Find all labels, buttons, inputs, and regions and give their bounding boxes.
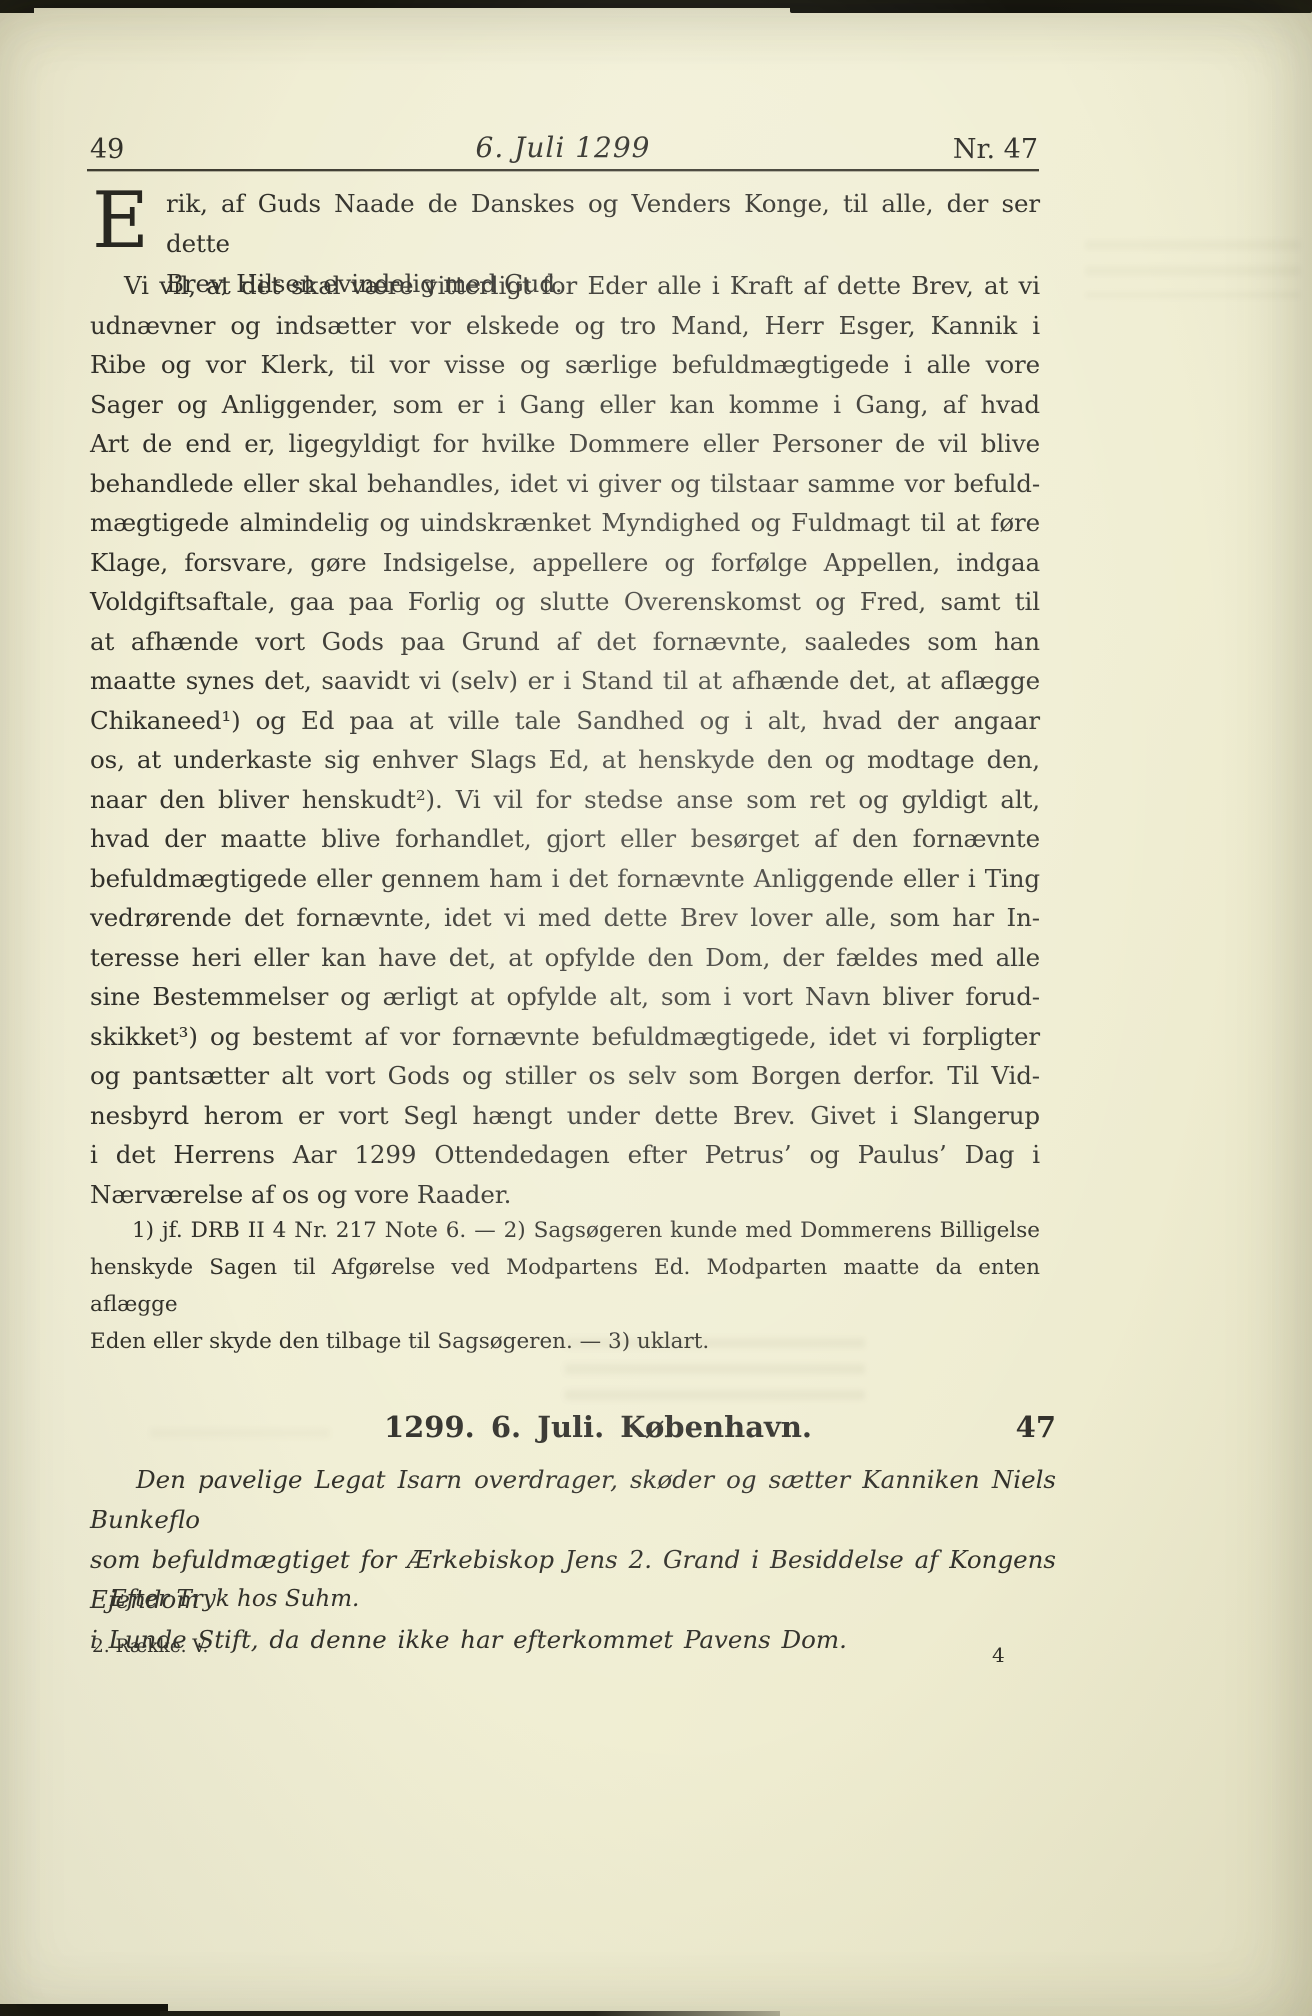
text-line: hvad der maatte blive forhandlet, gjort … xyxy=(90,819,1040,859)
text-line: Klage, forsvare, gøre Indsigelse, appell… xyxy=(90,543,1040,583)
text-line: Eden eller skyde den tilbage til Sagsøge… xyxy=(90,1323,1040,1360)
text-line: Art de end er, ligegyldigt for hvilke Do… xyxy=(90,424,1040,464)
scan-edge-bottom xyxy=(160,2011,780,2016)
text-line: teresse heri eller kan have det, at opfy… xyxy=(90,938,1040,978)
footnotes-block: 1) jf. DRB II 4 Nr. 217 Note 6. — 2) Sag… xyxy=(90,1212,1040,1360)
text-line: i det Herrens Aar 1299 Ottendedagen efte… xyxy=(90,1135,1040,1175)
text-line: i Lunde Stift, da denne ikke har efterko… xyxy=(90,1620,1056,1660)
next-record-summary: Den pavelige Legat Isarn overdrager, skø… xyxy=(90,1460,1056,1660)
header-rule xyxy=(87,169,1039,171)
text-line: Nærværelse af os og vore Raader. xyxy=(90,1175,1040,1215)
text-line: rik, af Guds Naade de Danskes og Venders… xyxy=(166,184,1040,264)
source-note: Efter Tryk hos Suhm. xyxy=(110,1586,359,1612)
next-record-heading: 1299. 6. Juli. København. xyxy=(90,1410,1056,1444)
series-signature: 2. Række. V. xyxy=(92,1636,208,1657)
ink-bleedthrough xyxy=(1085,240,1300,298)
sheet-number: 4 xyxy=(992,1643,1005,1667)
running-head-number: Nr. 47 xyxy=(88,134,1038,165)
text-line: Chikaneed¹) og Ed paa at ville tale Sand… xyxy=(90,701,1040,741)
text-line: 1) jf. DRB II 4 Nr. 217 Note 6. — 2) Sag… xyxy=(90,1212,1040,1249)
text-line: os, at underkaste sig enhver Slags Ed, a… xyxy=(90,740,1040,780)
scan-edge-top-right xyxy=(790,0,1312,13)
letter-body-paragraph: Vi vil, at det skal være vitterligt for … xyxy=(90,266,1040,1214)
text-line: og pantsætter alt vort Gods og stiller o… xyxy=(90,1056,1040,1096)
text-line: sine Bestemmelser og ærligt at opfylde a… xyxy=(90,977,1040,1017)
text-line: behandlede eller skal behandles, idet vi… xyxy=(90,464,1040,504)
text-line: skikket³) og bestemt af vor fornævnte be… xyxy=(90,1017,1040,1057)
text-line: maatte synes det, saavidt vi (selv) er i… xyxy=(90,661,1040,701)
text-line: Voldgiftsaftale, gaa paa Forlig og slutt… xyxy=(90,582,1040,622)
scan-edge-bottom-left xyxy=(0,2004,168,2016)
text-line: nesbyrd herom er vort Segl hængt under d… xyxy=(90,1096,1040,1136)
text-line: naar den bliver henskudt²). Vi vil for s… xyxy=(90,780,1040,820)
text-line: udnævner og indsætter vor elskede og tro… xyxy=(90,306,1040,346)
text-line: at afhænde vort Gods paa Grund af det fo… xyxy=(90,622,1040,662)
text-line: mægtigede almindelig og uindskrænket Myn… xyxy=(90,503,1040,543)
scan-edge-top-left xyxy=(0,0,34,13)
next-record-heading-row: 1299. 6. Juli. København. 47 xyxy=(90,1410,1056,1444)
scanned-book-page: 49 6. Juli 1299 Nr. 47 E rik, af Guds Na… xyxy=(0,0,1312,2016)
text-line: Vi vil, at det skal være vitterligt for … xyxy=(90,266,1040,306)
text-line: vedrørende det fornævnte, idet vi med de… xyxy=(90,898,1040,938)
next-record-number: 47 xyxy=(1016,1410,1056,1444)
text-line: Ribe og vor Klerk, til vor visse og særl… xyxy=(90,345,1040,385)
text-line: Sager og Anliggender, som er i Gang elle… xyxy=(90,385,1040,425)
text-line: befuldmægtigede eller gennem ham i det f… xyxy=(90,859,1040,899)
text-line: Den pavelige Legat Isarn overdrager, skø… xyxy=(90,1460,1056,1540)
text-line: henskyde Sagen til Afgørelse ved Modpart… xyxy=(90,1249,1040,1323)
